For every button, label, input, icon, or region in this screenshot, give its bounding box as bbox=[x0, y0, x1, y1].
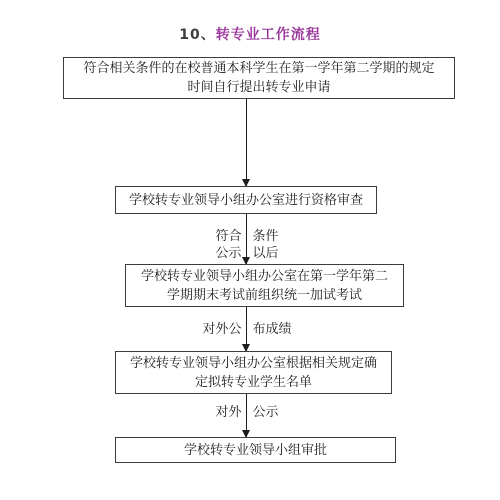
arrow-3-label-right: 布成绩 bbox=[253, 322, 292, 337]
flow-step-qualification-review-label: 学校转专业领导小组办公室进行资格审查 bbox=[129, 191, 363, 210]
page-title: 10、转专业工作流程 bbox=[0, 24, 500, 44]
arrow-2-label-left: 符合 bbox=[215, 229, 241, 244]
arrow-2-label2-right: 以后 bbox=[253, 246, 279, 261]
flow-step-apply: 符合相关条件的在校普通本科学生在第一学年第二学期的规定 时间自行提出转专业申请 bbox=[63, 57, 455, 99]
flow-step-unified-exam: 学校转专业领导小组办公室在第一学年第二 学期期末考试前组织统一加试考试 bbox=[125, 264, 404, 307]
flow-step-final-approval-label: 学校转专业领导小组审批 bbox=[184, 441, 327, 460]
title-number: 10、 bbox=[179, 27, 215, 43]
flow-step-final-approval: 学校转专业领导小组审批 bbox=[115, 437, 396, 463]
flow-step-candidate-list-label: 学校转专业领导小组办公室根据相关规定确 定拟转专业学生名单 bbox=[130, 354, 377, 392]
arrow-2-label-line-2: 公示 以后 bbox=[215, 246, 278, 261]
flow-step-candidate-list: 学校转专业领导小组办公室根据相关规定确 定拟转专业学生名单 bbox=[115, 351, 392, 394]
arrow-4-label-line-1: 对外 公示 bbox=[215, 405, 278, 420]
arrow-4-label-left: 对外 bbox=[215, 405, 241, 420]
arrow-1 bbox=[246, 99, 247, 186]
arrow-3-label-line-1: 对外公 布成绩 bbox=[202, 322, 291, 337]
arrow-2-label-line-1: 符合 条件 bbox=[215, 229, 278, 244]
flow-step-qualification-review: 学校转专业领导小组办公室进行资格审查 bbox=[115, 186, 377, 214]
arrow-4-label-right: 公示 bbox=[253, 405, 279, 420]
arrow-3-label-left: 对外公 bbox=[202, 322, 241, 337]
arrow-2-label-right: 条件 bbox=[253, 229, 279, 244]
flow-step-unified-exam-label: 学校转专业领导小组办公室在第一学年第二 学期期末考试前组织统一加试考试 bbox=[141, 267, 388, 305]
flow-step-apply-label: 符合相关条件的在校普通本科学生在第一学年第二学期的规定 时间自行提出转专业申请 bbox=[83, 59, 434, 97]
arrow-2-label2-left: 公示 bbox=[215, 246, 241, 261]
title-text: 转专业工作流程 bbox=[216, 27, 321, 43]
flowchart-page: 10、转专业工作流程 符合相关条件的在校普通本科学生在第一学年第二学期的规定 时… bbox=[0, 0, 500, 500]
